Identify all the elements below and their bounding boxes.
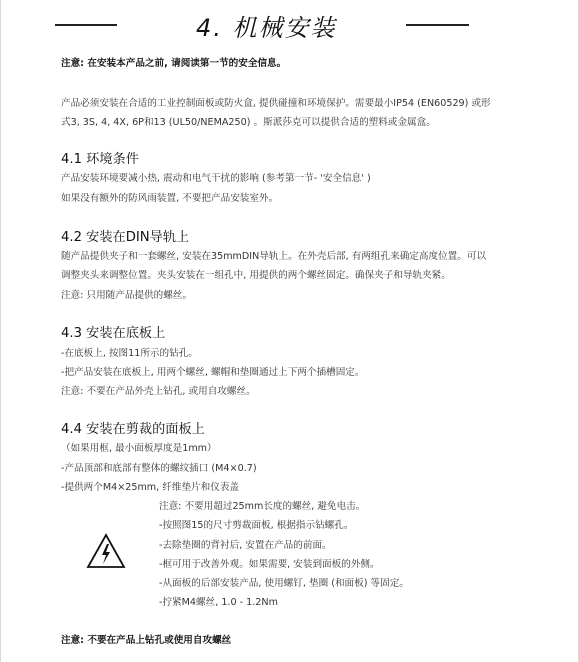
indented-line: -拧紧M4螺丝, 1.0 - 1.2Nm <box>159 594 278 608</box>
section-line: 调整夹头来调整位置。夹头安装在一组孔中, 用提供的两个螺丝固定。确保夹子和导轨夹… <box>61 267 451 281</box>
document-page: 4. 机械安装 注意: 在安装本产品之前, 请阅读第一节的安全信息。 产品必须安… <box>0 0 579 662</box>
intro-paragraph-line: 式3, 3S, 4, 4X, 6P和13 (UL50/NEMA250) 。斯派莎… <box>61 114 436 128</box>
section-line: （如果用框, 最小面板厚度是1mm） <box>61 440 217 454</box>
section-line: 产品安装环境要减小热, 震动和电气干扰的影响 (参考第一节- '安全信息' ) <box>61 170 371 184</box>
page-title: 4. 机械安装 <box>196 8 336 43</box>
section-line: -提供两个M4×25mm, 纤维垫片和仪表盖 <box>61 479 239 493</box>
indented-note: 注意: 不要用超过25mm长度的螺丝, 避免电击。 <box>159 498 365 512</box>
section-heading-4-1: 4.1 环境条件 <box>61 148 139 167</box>
intro-safety-notice: 注意: 在安装本产品之前, 请阅读第一节的安全信息。 <box>61 55 286 69</box>
title-rule-right <box>406 24 469 26</box>
section-line: -产品顶部和底部有整体的螺纹插口 (M4×0.7) <box>61 460 257 474</box>
electric-shock-warning-icon <box>86 533 126 569</box>
section-line: 如果没有额外的防风雨装置, 不要把产品安装室外。 <box>61 190 278 204</box>
section-line: 随产品提供夹子和一套螺丝, 安装在35mmDIN导轨上。在外壳后部, 有两组孔来… <box>61 248 486 262</box>
section-line: -把产品安装在底板上, 用两个螺丝, 螺帽和垫圈通过上下两个插槽固定。 <box>61 364 364 378</box>
title-row: 4. 机械安装 <box>1 8 579 42</box>
section-note: 注意: 不要在产品外壳上钻孔, 或用自攻螺丝。 <box>61 383 256 397</box>
indented-line: -按照图15的尺寸剪裁面板, 根据指示钻螺孔。 <box>159 517 353 531</box>
title-rule-left <box>55 24 117 26</box>
section-heading-4-4: 4.4 安装在剪裁的面板上 <box>61 418 205 437</box>
section-heading-4-2: 4.2 安装在DIN导轨上 <box>61 226 189 245</box>
section-heading-4-3: 4.3 安装在底板上 <box>61 322 165 341</box>
indented-line: -去除垫圈的背衬后, 安置在产品的前面。 <box>159 537 332 551</box>
section-note: 注意: 只用随产品提供的螺丝。 <box>61 287 192 301</box>
indented-line: -从面板的后部安装产品, 使用螺钉, 垫圈 (和面板) 等固定。 <box>159 575 409 589</box>
section-line: -在底板上, 按图11所示的钻孔。 <box>61 345 198 359</box>
footer-notice: 注意: 不要在产品上钻孔或使用自攻螺丝 <box>61 632 231 646</box>
indented-line: -框可用于改善外观。如果需要, 安装到面板的外侧。 <box>159 556 380 570</box>
intro-paragraph-line: 产品必须安装在合适的工业控制面板或防火盒, 提供碰撞和环境保护。需要最小IP54… <box>61 95 491 109</box>
